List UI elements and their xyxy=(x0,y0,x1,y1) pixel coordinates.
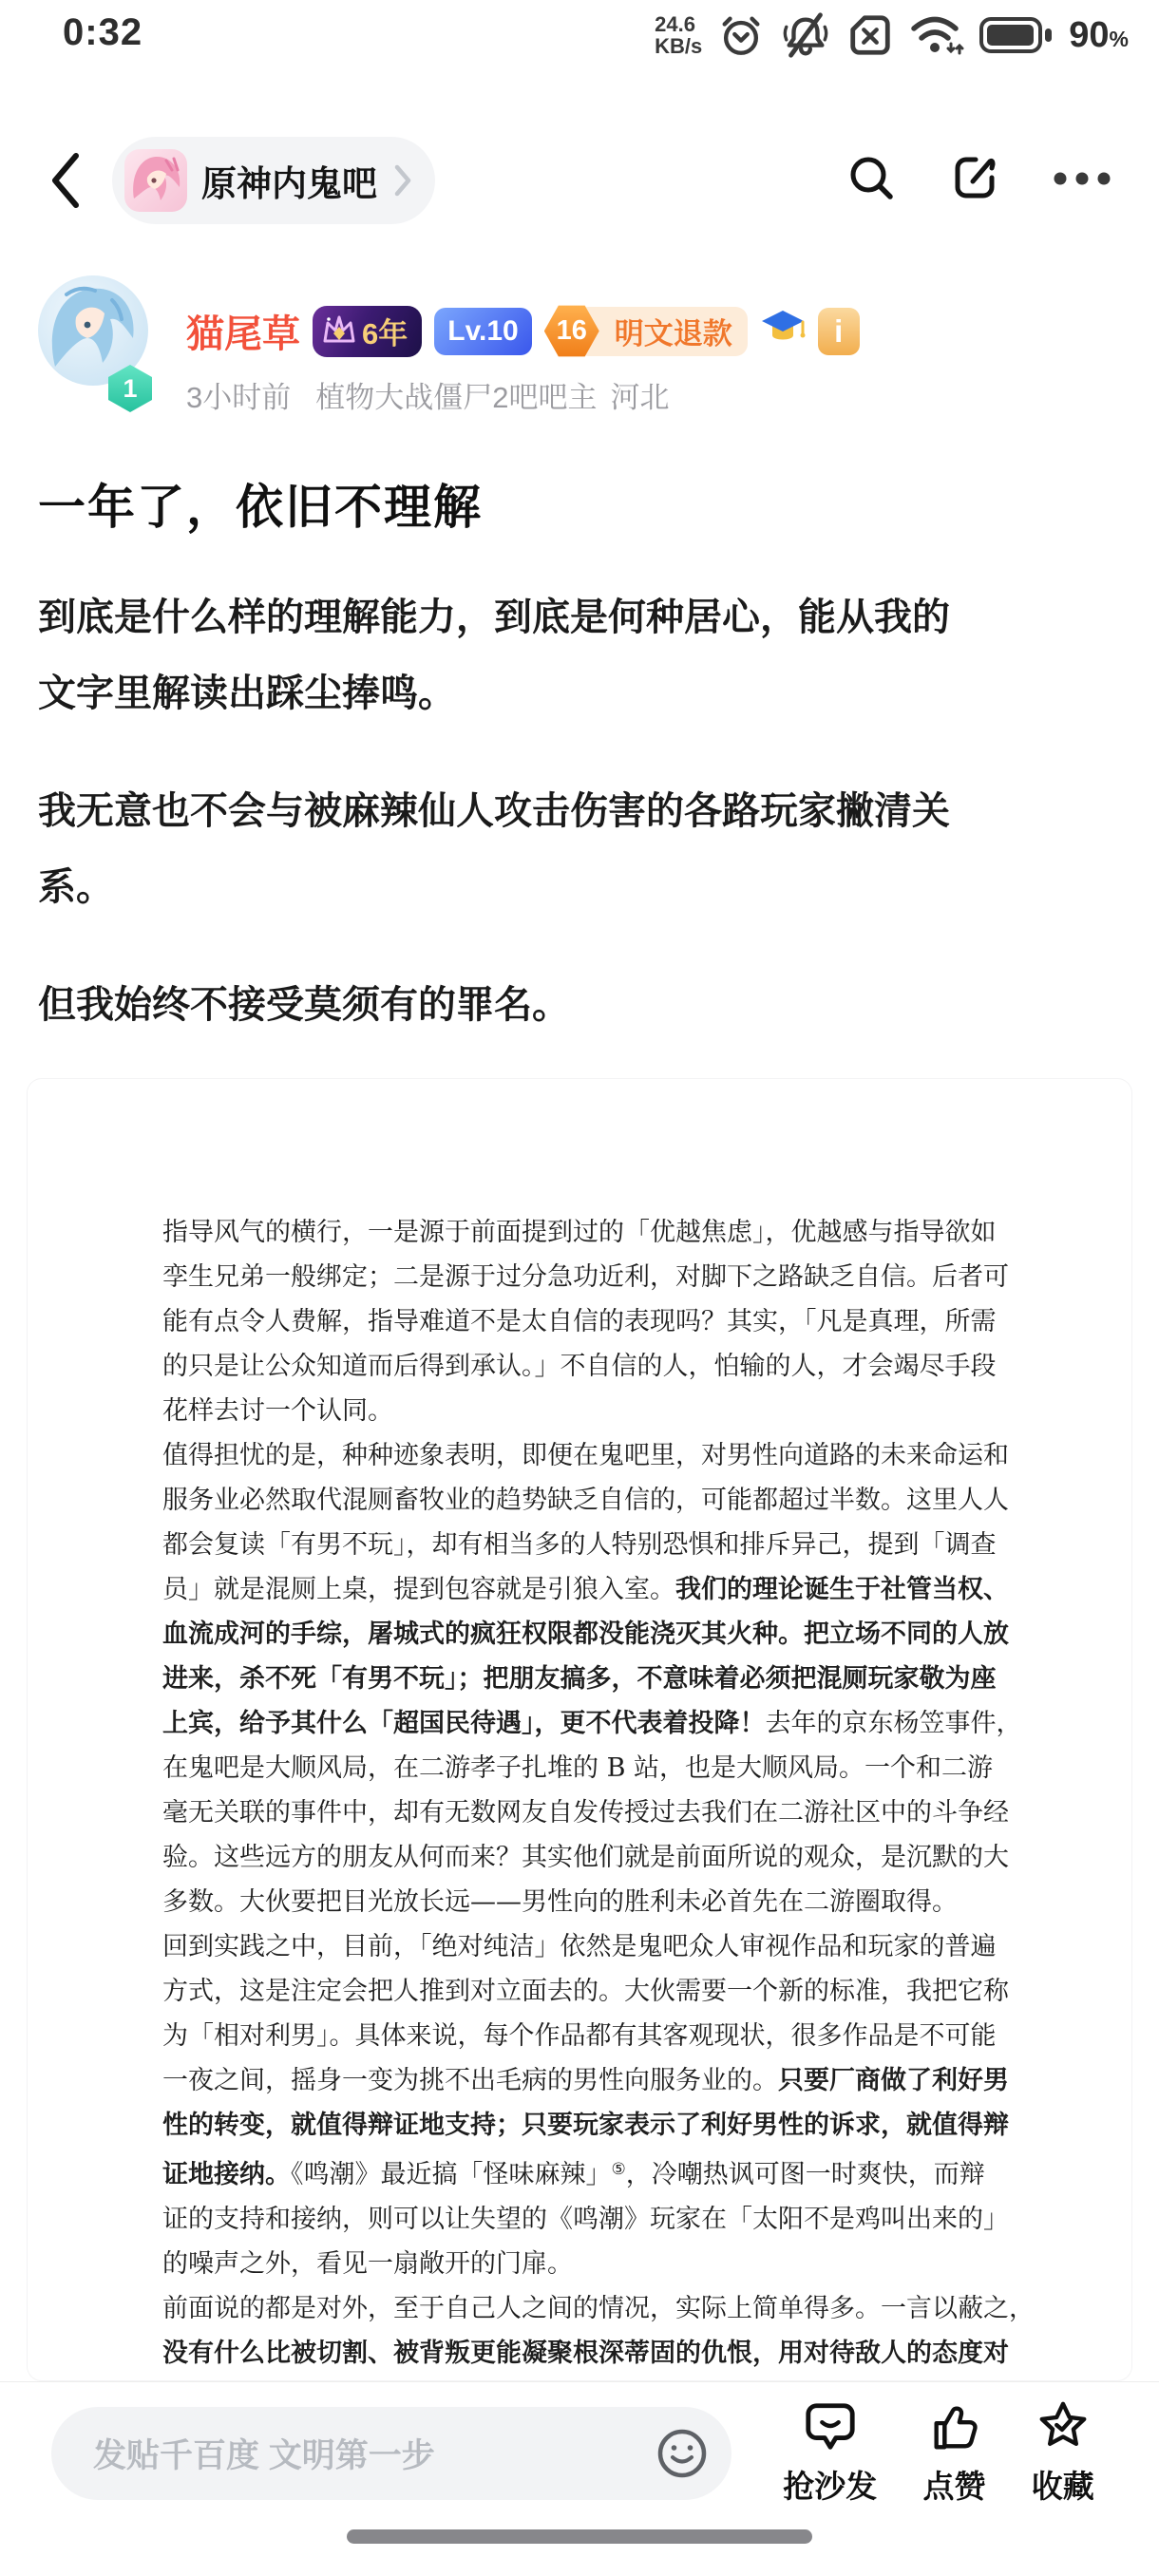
post-body: 到底是什么样的理解能力，到底是何种居心，能从我的文字里解读出踩尘捧鸣。 我无意也… xyxy=(38,579,980,1085)
article-line: 验。这些远方的朋友从何而来？其实他们就是前面所说的观众，是沉默的大 xyxy=(162,1835,1084,1880)
author-info: 猫尾草 6年 Lv.10 16 明文退款 xyxy=(186,274,1121,416)
article-line: 回到实践之中，目前，「绝对纯洁」依然是鬼吧众人审视作品和玩家的普遍 xyxy=(162,1924,1084,1969)
graduation-cap-icon[interactable] xyxy=(760,307,806,355)
network-speed-value: 24.6 xyxy=(655,13,695,35)
article-line: 证的支持和接纳，则可以让失望的《鸣潮》玩家在「太阳不是鸡叫出来的」 xyxy=(162,2197,1084,2242)
chevron-right-icon xyxy=(391,161,414,199)
article-line: 上宾，给予其什么「超国民待遇」，更不代表着投降！去年的京东杨笠事件， xyxy=(162,1701,1084,1746)
article-line: 前面说的都是对外，至于自己人之间的情况，实际上简单得多。一言以蔽之， xyxy=(162,2286,1084,2331)
article-line: 的噪声之外，看见一扇敞开的门扉。 xyxy=(162,2242,1084,2286)
article-line: 一夜之间，摇身一变为挑不出毛病的男性向服务业的。只要厂商做了利好男 xyxy=(162,2058,1084,2103)
grade-label: 明文退款 xyxy=(577,307,748,356)
crown-icon xyxy=(318,311,360,352)
thumbs-up-icon xyxy=(927,2399,982,2459)
article-line: 指导风气的横行，一是源于前面提到过的「优越焦虑」，优越感与指导欲如 xyxy=(162,1210,1084,1255)
forum-name: 原神内鬼吧 xyxy=(201,155,377,206)
article-line: 的只是让公众知道而后得到承认。」不自信的人，怕输的人，才会竭尽手段 xyxy=(162,1344,1084,1389)
post-time: 3小时前 xyxy=(186,373,291,416)
like-button[interactable]: 点赞 xyxy=(923,2399,986,2507)
more-options-button[interactable] xyxy=(1051,152,1113,210)
article-line: 毫无关联的事件中，却有无数网友自发传授过去我们在二游社区中的斗争经 xyxy=(162,1790,1084,1835)
author-role: 植物大战僵尸2吧吧主 xyxy=(315,373,597,416)
post-meta: 3小时前 植物大战僵尸2吧吧主 河北 xyxy=(186,373,1121,416)
post-image[interactable]: 指导风气的横行，一是源于前面提到过的「优越焦虑」，优越感与指导欲如孪生兄弟一般绑… xyxy=(27,1078,1132,2381)
article-line: 能有点令人费解，指导难道不是太自信的表现吗？其实，「凡是真理，所需 xyxy=(162,1299,1084,1344)
first-comment-button[interactable]: 抢沙发 xyxy=(783,2399,877,2507)
star-icon xyxy=(1035,2399,1091,2459)
vibrate-off-icon xyxy=(780,10,831,60)
author-row: 1 猫尾草 6年 Lv.10 16 明文退款 xyxy=(38,274,1121,426)
clock-time: 0:32 xyxy=(63,11,142,54)
toolbar-actions: 抢沙发 点赞 收藏 xyxy=(731,2399,1159,2507)
level-badge[interactable]: Lv.10 xyxy=(434,308,532,355)
article-line: 方式，这是注定会把人推到对立面去的。大伙需要一个新的标准，我把它称 xyxy=(162,1969,1084,2014)
article-line: 性的转变，就值得辩证地支持；只要玩家表示了利好男性的诉求，就值得辩 xyxy=(162,2103,1084,2148)
article-line: 都会复读「有男不玩」，却有相当多的人特别恐惧和排斥异己，提到「调查 xyxy=(162,1523,1084,1567)
article-line: 孪生兄弟一般绑定；二是源于过分急功近利，对脚下之路缺乏自信。后者可 xyxy=(162,1255,1084,1299)
article-line: 花样去讨一个认同。 xyxy=(162,1389,1084,1433)
battery-percent: 90 % xyxy=(1069,15,1129,56)
author-name[interactable]: 猫尾草 xyxy=(186,304,300,358)
nav-bar: 原神内鬼吧 xyxy=(0,135,1159,226)
network-speed: 24.6 KB/s xyxy=(655,13,702,57)
post-paragraph: 但我始终不接受莫须有的罪名。 xyxy=(38,967,980,1043)
article-line: 值得担忧的是，种种迹象表明，即便在鬼吧里，对男性向道路的未来命运和 xyxy=(162,1433,1084,1478)
wifi-icon xyxy=(909,11,964,59)
favorite-button[interactable]: 收藏 xyxy=(1032,2399,1094,2507)
home-indicator[interactable] xyxy=(347,2529,812,2544)
forum-pill[interactable]: 原神内鬼吧 xyxy=(112,137,435,224)
article-line: 没有什么比被切割、被背叛更能凝聚根深蒂固的仇恨，用对待敌人的态度对 xyxy=(162,2331,1084,2376)
tieba-post-screen: 0:32 24.6 KB/s xyxy=(0,0,1159,2576)
post-paragraph: 我无意也不会与被麻辣仙人攻击伤害的各路玩家撇清关系。 xyxy=(38,773,980,925)
network-speed-unit: KB/s xyxy=(655,35,702,57)
back-button[interactable] xyxy=(47,150,85,211)
share-compose-button[interactable] xyxy=(948,152,1001,210)
sim-card-disabled-icon xyxy=(846,10,894,60)
nav-actions xyxy=(845,152,1113,210)
article-text: 指导风气的横行，一是源于前面提到过的「优越焦虑」，优越感与指导欲如孪生兄弟一般绑… xyxy=(28,1079,1131,2376)
article-line: 证地接纳。《鸣潮》最近搞「怪味麻辣」⑤，冷嘲热讽可图一时爽快，而辩 xyxy=(162,2148,1084,2197)
reply-placeholder: 发贴千百度 文明第一步 xyxy=(93,2430,435,2477)
battery-icon xyxy=(979,16,1054,54)
post-paragraph: 到底是什么样的理解能力，到底是何种居心，能从我的文字里解读出踩尘捧鸣。 xyxy=(38,579,980,731)
status-bar-right: 24.6 KB/s xyxy=(655,8,1129,63)
post-title: 一年了，依旧不理解 xyxy=(38,469,483,538)
years-badge[interactable]: 6年 xyxy=(313,306,422,357)
comment-bubble-icon xyxy=(803,2399,858,2459)
info-badge[interactable]: i xyxy=(818,308,860,355)
search-button[interactable] xyxy=(845,152,899,210)
author-location: 河北 xyxy=(611,373,670,416)
grade-badge[interactable]: 16 明文退款 xyxy=(544,305,748,358)
article-line: 进来，杀不死「有男不玩」；把朋友搞多，不意味着必须把混厕玩家敬为座 xyxy=(162,1657,1084,1701)
bottom-toolbar: 发贴千百度 文明第一步 抢沙发 xyxy=(0,2381,1159,2524)
reply-input[interactable]: 发贴千百度 文明第一步 xyxy=(51,2407,731,2500)
status-bar: 0:32 24.6 KB/s xyxy=(0,0,1159,70)
article-line: 血流成河的手综，屠城式的疯狂权限都没能浇灭其火种。把立场不同的人放 xyxy=(162,1612,1084,1657)
forum-avatar xyxy=(124,149,187,212)
article-line: 为「相对利男」。具体来说，每个作品都有其客观现状，很多作品是不可能 xyxy=(162,2014,1084,2058)
emoji-icon[interactable] xyxy=(655,2427,709,2480)
article-line: 多数。大伙要把目光放长远——男性向的胜利未必首先在二游圈取得。 xyxy=(162,1880,1084,1924)
alarm-icon xyxy=(717,10,765,60)
article-line: 员」就是混厕上桌，提到包容就是引狼入室。我们的理论诞生于社管当权、 xyxy=(162,1567,1084,1612)
article-line: 在鬼吧是大顺风局，在二游孝子扎堆的 B 站，也是大顺风局。一个和二游 xyxy=(162,1746,1084,1790)
article-line: 服务业必然取代混厕畜牧业的趋势缺乏自信的，可能都超过半数。这里人人 xyxy=(162,1478,1084,1523)
